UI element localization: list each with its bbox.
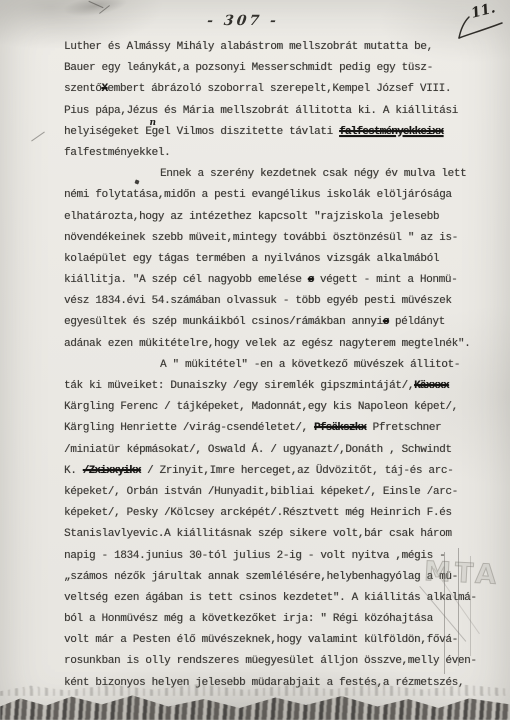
- text-segment: egyesültek és szép munkáikból csinos/rám…: [64, 316, 383, 328]
- text-segment: volt már a Pesten élő müvészeknek,hogy v…: [64, 634, 458, 646]
- text-line: ként bizonyos helyen jelesebb müdarabjai…: [64, 673, 500, 694]
- text-line: szentőXembert ábrázoló szoborral szerepe…: [64, 79, 500, 100]
- text-line: ból a Honmüvész még a következőket irja:…: [64, 609, 500, 630]
- text-line: Luther és Almássy Mihály alabástrom mell…: [64, 37, 500, 58]
- text-line: volt már a Pesten élő müvészeknek,hogy v…: [64, 630, 500, 651]
- struck-out-text: Käxxxx: [414, 380, 449, 392]
- text-line: kiállitja. "A szép cél nagyobb emelése ø…: [64, 270, 500, 291]
- text-segment: embert ábrázoló szoborral szerepelt,Kemp…: [107, 83, 451, 95]
- scan-artifact-line: [458, 548, 459, 666]
- text-line: ták ki müveiket: Dunaiszky /egy siremlék…: [64, 376, 500, 397]
- text-line: növendékeinek szebb müveit,mintegy továb…: [64, 228, 500, 249]
- text-segment: ták ki müveiket: Dunaiszky /egy siremlék…: [64, 380, 414, 392]
- scan-artifact-line: [444, 552, 445, 674]
- text-line: vész 1834.évi 54.számában olvassuk - töb…: [64, 291, 500, 312]
- text-segment: elhatározta,hogy az intézethez kapcsolt …: [64, 211, 439, 223]
- scan-edge-band: [0, 690, 510, 720]
- text-segment: Ennek a szerény kezdetnek csak négy év m…: [160, 168, 466, 180]
- struck-out-text: /Zxixxyikx: [83, 465, 141, 477]
- text-line: képeket/, Pesky /Kölcsey arcképét/.Részt…: [64, 503, 500, 524]
- text-line: Kärgling Henriette /virág-csendéletet/, …: [64, 418, 500, 439]
- text-segment: adának ezen mükitételre,hogy velek az eg…: [64, 338, 470, 350]
- struck-out-text: falfestményekkeixx: [339, 126, 443, 138]
- text-segment: növendékeinek szebb müveit,mintegy továb…: [64, 232, 458, 244]
- text-line: /miniatür képmásokat/, Oswald Á. / ugyan…: [64, 440, 500, 461]
- text-segment: /miniatür képmásokat/, Oswald Á. / ugyan…: [64, 444, 452, 456]
- text-segment: vész 1834.évi 54.számában olvassuk - töb…: [64, 295, 452, 307]
- text-segment: rosunkban is olly rendszeres müegyesület…: [64, 655, 477, 667]
- text-segment: Pfretschner: [366, 422, 441, 434]
- library-watermark: MTA: [423, 556, 501, 591]
- text-segment: gel Vilmos diszitette távlati: [152, 126, 340, 138]
- text-segment: „számos nézők járultak annak szemlélésér…: [64, 571, 458, 583]
- text-line: Kärgling Ferenc / tájképeket, Madonnát,e…: [64, 397, 500, 418]
- text-segment: ból a Honmüvész még a következőket irja:…: [64, 613, 433, 625]
- text-line: Pius pápa,Jézus és Mária mellszobrát áll…: [64, 101, 500, 122]
- text-segment: kiállitja. "A szép cél nagyobb emelése: [64, 274, 308, 286]
- text-segment: Luther és Almássy Mihály alabástrom mell…: [64, 41, 433, 53]
- text-segment: Kärgling Ferenc / tájképeket, Madonnát,e…: [64, 401, 458, 413]
- text-segment: Bauer egy leánykát,a pozsonyi Messerschm…: [64, 62, 433, 74]
- text-line: némi folytatása,midőn a pesti evangéliku…: [64, 185, 500, 206]
- text-line: kolaépület egy tágas termében a nyilváno…: [64, 249, 500, 270]
- text-line: A " mükitétel" -en a következő müvészek …: [64, 355, 500, 376]
- struck-out-text: Pfsäkszkx: [314, 422, 366, 434]
- text-segment: / Zrinyit,Imre herceget,az Üdvözitőt, tá…: [141, 465, 454, 477]
- text-line: egyesültek és szép munkáikból csinos/rám…: [64, 312, 500, 333]
- scanned-page: - 307 - 11. Luther és Almássy Mihály ala…: [0, 0, 510, 720]
- text-segment: példányt: [389, 316, 445, 328]
- text-segment: képeket/, Orbán istván /Hunyadit,bibliai…: [64, 486, 458, 498]
- text-segment: kolaépület egy tágas termében a nyilváno…: [64, 253, 439, 265]
- text-segment: Kärgling Henriette /virág-csendéletet/,: [64, 422, 314, 434]
- text-segment: veltség ezen ágában is tett csinos kezde…: [64, 592, 477, 604]
- text-line: Ennek a szerény kezdetnek csak négy év m…: [64, 164, 500, 185]
- margin-tick: [31, 132, 45, 142]
- text-segment: Pius pápa,Jézus és Mária mellszobrát áll…: [64, 105, 458, 117]
- typewritten-text: Luther és Almássy Mihály alabástrom mell…: [64, 37, 500, 694]
- text-segment: szentő: [64, 83, 102, 95]
- text-line: rosunkban is olly rendszeres müegyesület…: [64, 651, 500, 672]
- text-segment: falfestményekkel.: [64, 147, 170, 159]
- text-line: adának ezen mükitételre,hogy velek az eg…: [64, 334, 500, 355]
- text-line: K. /Zxixxyikx / Zrinyit,Imre herceget,az…: [64, 461, 500, 482]
- text-line: elhatározta,hogy az intézethez kapcsolt …: [64, 207, 500, 228]
- text-segment: helyiségeket E: [64, 126, 152, 138]
- text-segment: ként bizonyos helyen jelesebb müdarabjai…: [64, 677, 464, 689]
- text-line: képeket/, Orbán istván /Hunyadit,bibliai…: [64, 482, 500, 503]
- page-number: - 307 -: [0, 13, 487, 29]
- text-segment: napig - 1834.junius 30-tól julius 2-ig -…: [64, 550, 445, 562]
- text-segment: képeket/, Pesky /Kölcsey arcképét/.Részt…: [64, 507, 452, 519]
- scan-artifact-line: [470, 556, 471, 656]
- text-line: Bauer egy leánykát,a pozsonyi Messerschm…: [64, 58, 500, 79]
- text-line: falfestményekkel.: [64, 143, 500, 164]
- text-line: helyiségeket Engel Vilmos diszitette táv…: [64, 122, 500, 143]
- text-segment: K.: [64, 465, 83, 477]
- text-segment: A " mükitétel" -en a következő müvészek …: [160, 359, 460, 371]
- text-segment: végett - mint a Honmü-: [314, 274, 458, 286]
- text-segment: némi folytatása,midőn a pesti evangéliku…: [64, 189, 452, 201]
- text-line: Stanislavlyevic.A kiállitásnak szép sike…: [64, 524, 500, 545]
- text-segment: Stanislavlyevic.A kiállitásnak szép sike…: [64, 528, 452, 540]
